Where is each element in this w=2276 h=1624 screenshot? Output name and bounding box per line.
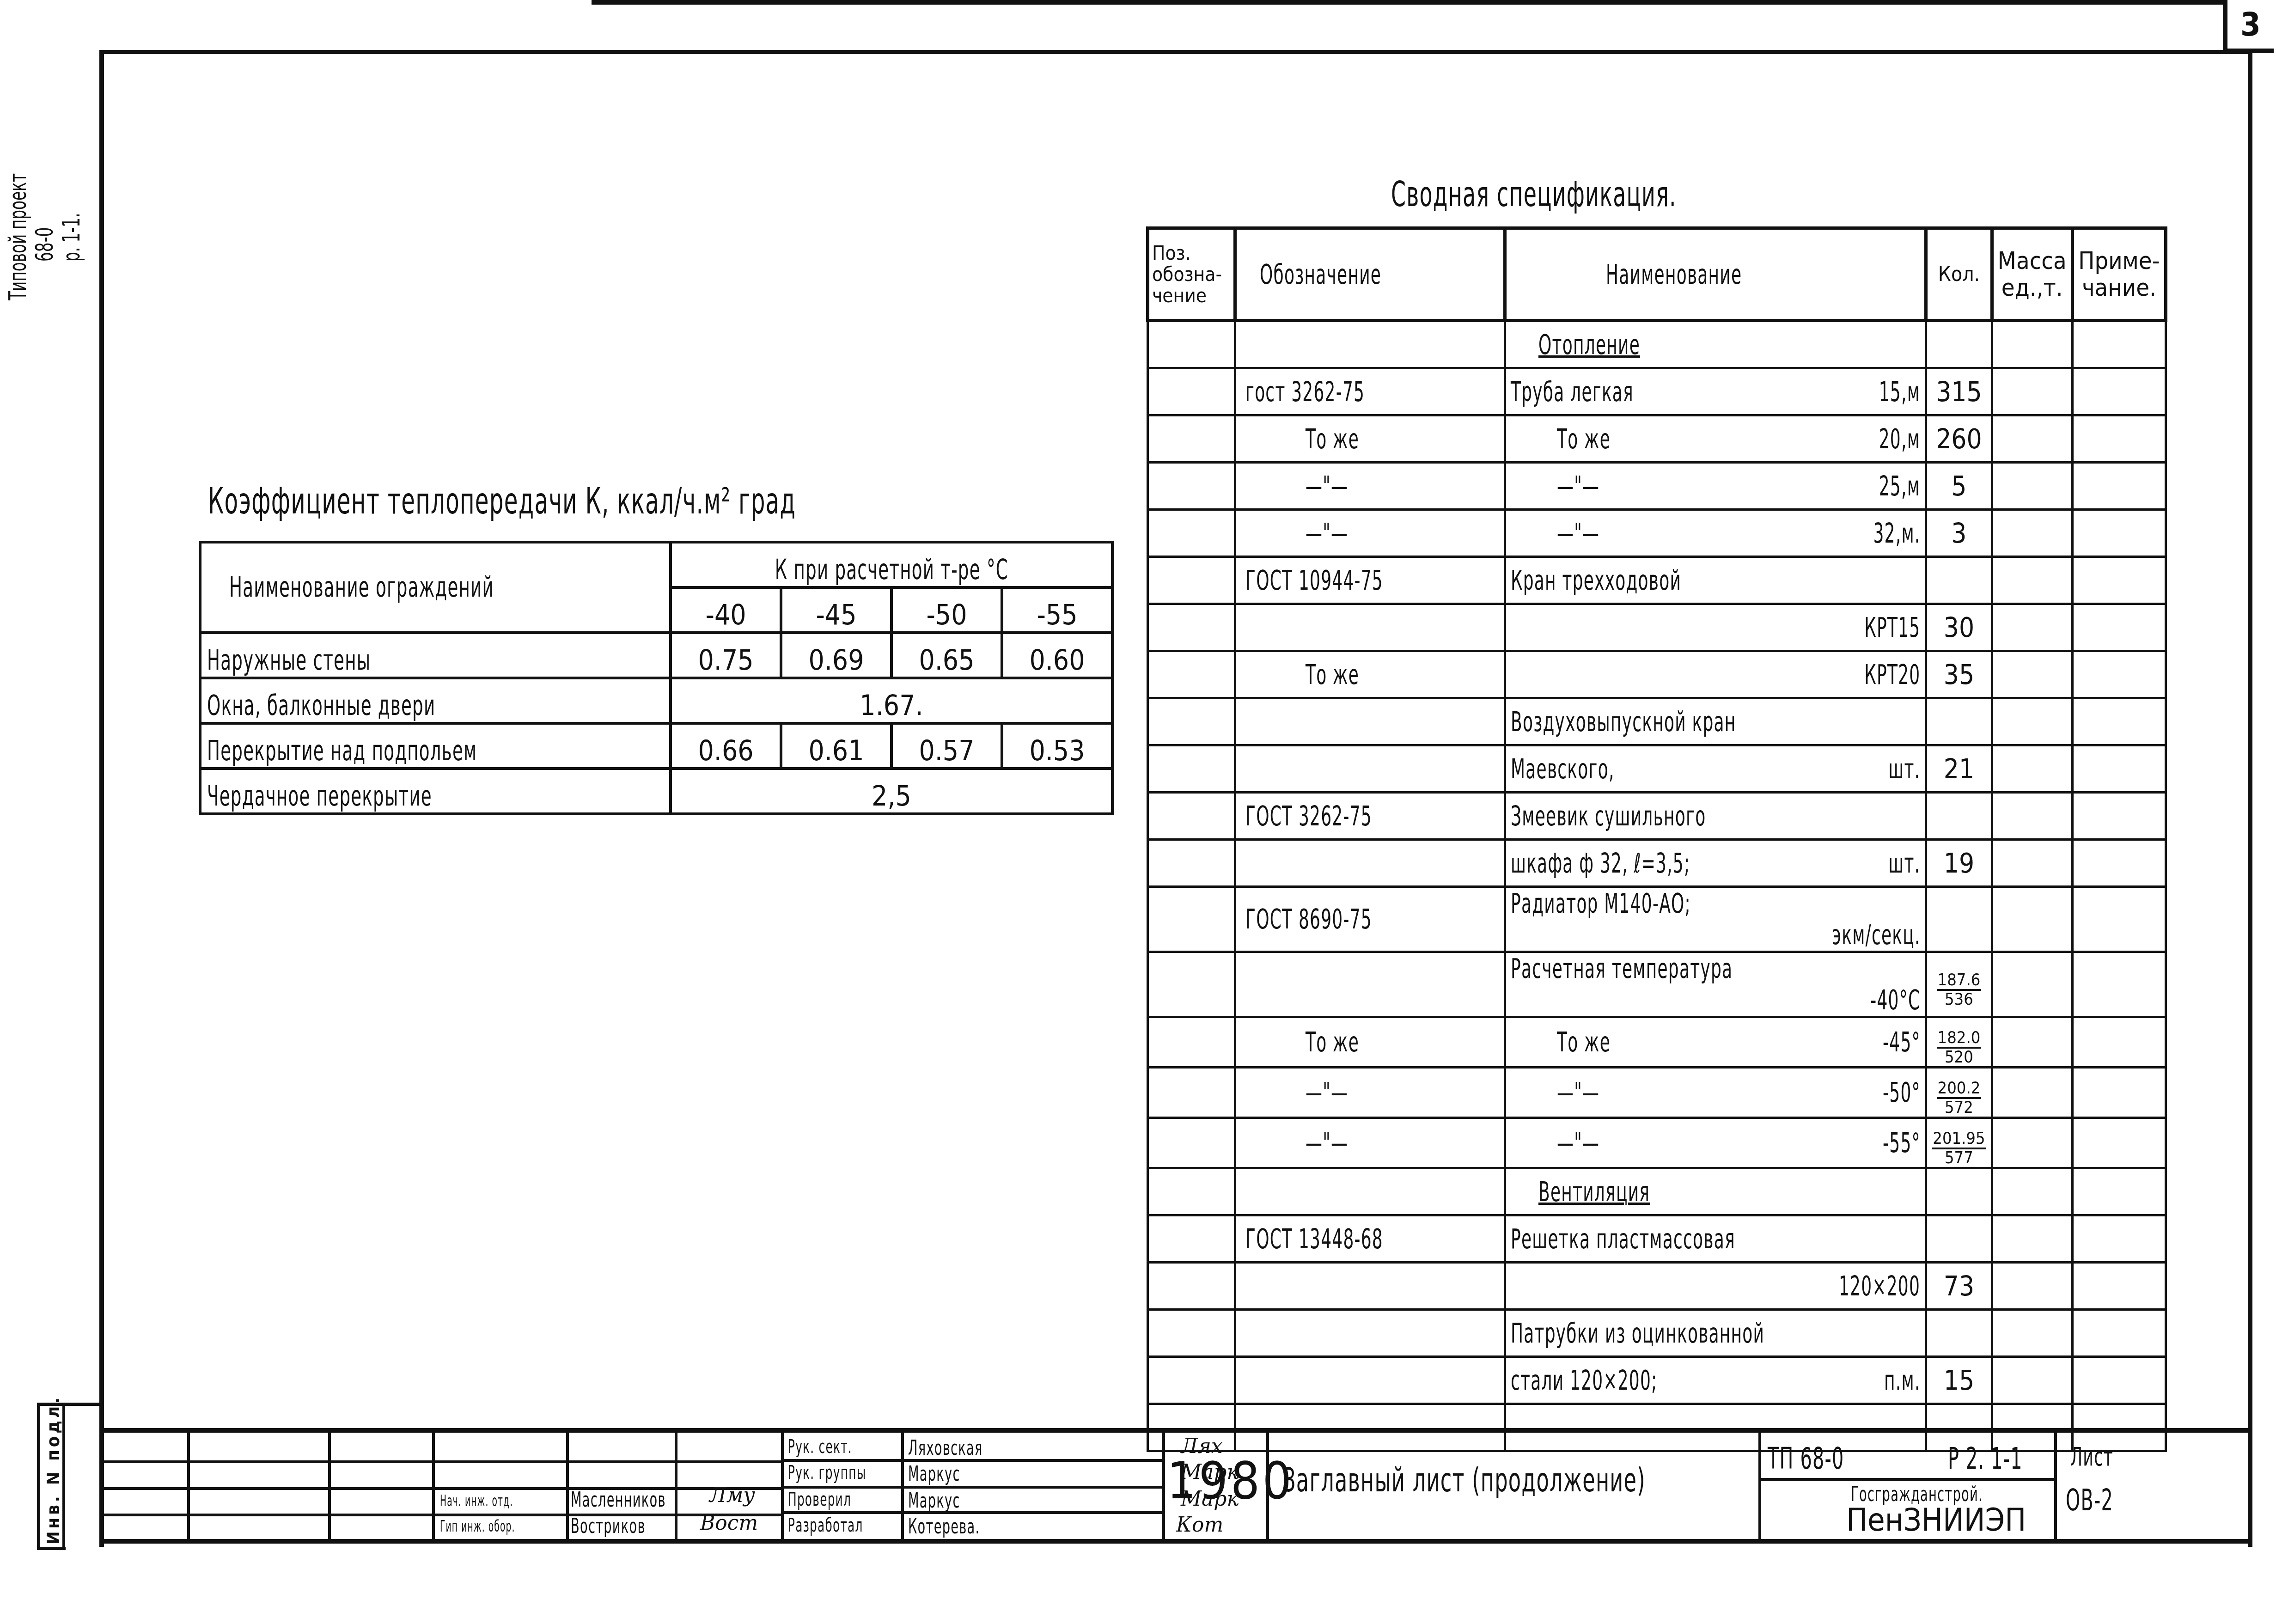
person-name: Маркус: [908, 1489, 992, 1513]
table-row: Наружные стены 0.75 0.69 0.65 0.60: [200, 633, 1112, 678]
mass-cell: [1992, 1310, 2072, 1357]
designation-cell: [1235, 745, 1505, 793]
pos-cell: [1148, 604, 1235, 651]
designation-cell: [1235, 698, 1505, 745]
table-row: ГОСТ 13448-68Решетка пластмассовая: [1148, 1215, 2166, 1263]
pos-cell: [1148, 1263, 1235, 1310]
header-qty: Кол.: [1926, 228, 1992, 321]
note-cell: [2072, 651, 2166, 698]
designation-cell: ГОСТ 8690-75: [1235, 887, 1505, 952]
spec-table: Поз. обозна-чение Обозначение Наименован…: [1146, 226, 2167, 1452]
sheet-label: Лист: [2070, 1442, 2140, 1472]
header-name: Наименование: [1505, 228, 1926, 321]
qty-cell: 182.0520: [1926, 1017, 1992, 1068]
table-row: Чердачное перекрытие 2,5: [200, 769, 1112, 814]
table-row: стали 120×200;п.м.15: [1148, 1357, 2166, 1404]
mass-cell: [1992, 887, 2072, 952]
mass-cell: [1992, 1357, 2072, 1404]
note-cell: [2072, 1357, 2166, 1404]
row-name: Перекрытие над подпольем: [200, 723, 671, 769]
mass-cell: [1992, 1215, 2072, 1263]
k-value: 0.65: [891, 633, 1002, 678]
table-row: Расчетная температура-40°С187.6536: [1148, 952, 2166, 1017]
qty-fraction: 182.0520: [1937, 1029, 1982, 1066]
qty-cell: 21: [1926, 745, 1992, 793]
designation-cell: То же: [1235, 415, 1505, 463]
org-bottom: ПенЗНИИЭП: [1846, 1502, 2026, 1539]
pos-cell: [1148, 557, 1235, 604]
note-cell: [2072, 887, 2166, 952]
k-value: 0.57: [891, 723, 1002, 769]
pos-cell: [1148, 793, 1235, 840]
note-cell: [2072, 745, 2166, 793]
name-cell: —"—32,м.: [1505, 510, 1926, 557]
name-cell: То же-45°: [1505, 1017, 1926, 1068]
table-row: Воздуховыпускной кран: [1148, 698, 2166, 745]
designation-cell: —"—: [1235, 463, 1505, 510]
mass-cell: [1992, 415, 2072, 463]
person-name: Маркус: [908, 1462, 992, 1486]
qty-cell: 201.95577: [1926, 1118, 1992, 1168]
table-row: шкафа ф 32, ℓ=3,5;шт.19: [1148, 840, 2166, 887]
signature: Вост: [700, 1511, 758, 1535]
qty-fraction: 200.2572: [1937, 1080, 1982, 1117]
qty-cell: 35: [1926, 651, 1992, 698]
qty-cell: 73: [1926, 1263, 1992, 1310]
vertical-project-stamp: Типовой проект 68-0 р. 1-1.: [5, 106, 102, 300]
role-label: Рук. сект.: [788, 1436, 891, 1458]
mass-cell: [1992, 321, 2072, 368]
name-cell: шкафа ф 32, ℓ=3,5;шт.: [1505, 840, 1926, 887]
designation-cell: гост 3262-75: [1235, 368, 1505, 415]
table-row: —"——"—-55°201.95577: [1148, 1118, 2166, 1168]
stamp-line-2: 68-0: [31, 165, 58, 300]
note-cell: [2072, 1017, 2166, 1068]
qty-cell: [1926, 698, 1992, 745]
mass-cell: [1992, 952, 2072, 1017]
qty-cell: [1926, 1215, 1992, 1263]
mass-cell: [1992, 840, 2072, 887]
title-block: Нач. инж. отд. Масленников Лму Гип инж. …: [99, 1428, 2248, 1544]
signature: Кот: [1176, 1513, 1223, 1537]
name-cell: КРТ20: [1505, 651, 1926, 698]
pos-cell: [1148, 368, 1235, 415]
note-cell: [2072, 952, 2166, 1017]
k-value: 0.60: [1002, 633, 1112, 678]
pos-cell: [1148, 1017, 1235, 1068]
name-cell: Кран трехходовой: [1505, 557, 1926, 604]
name-cell: Радиатор М140-АО;экм/секц.: [1505, 887, 1926, 952]
qty-cell: 15: [1926, 1357, 1992, 1404]
name-cell: Змеевик сушильного: [1505, 793, 1926, 840]
table-row: ГОСТ 3262-75Змеевик сушильного: [1148, 793, 2166, 840]
header-note: Приме-чание.: [2072, 228, 2166, 321]
table-row: —"——"—-50°200.2572: [1148, 1068, 2166, 1118]
note-cell: [2072, 1118, 2166, 1168]
note-cell: [2072, 368, 2166, 415]
table-row: То жеТо же20,м260: [1148, 415, 2166, 463]
note-cell: [2072, 415, 2166, 463]
pos-cell: [1148, 651, 1235, 698]
header-enclosure-name: Наименование ограждений: [200, 542, 671, 633]
pos-cell: [1148, 1310, 1235, 1357]
note-cell: [2072, 793, 2166, 840]
row-name: Окна, балконные двери: [200, 678, 671, 723]
pos-cell: [1148, 840, 1235, 887]
header-k-at-temp: К при расчетной т-ре °С: [671, 542, 1112, 587]
role-label: Нач. инж. отд.: [440, 1492, 573, 1510]
mass-cell: [1992, 698, 2072, 745]
mass-cell: [1992, 793, 2072, 840]
qty-cell: [1926, 1168, 1992, 1215]
k-value: 0.66: [671, 723, 781, 769]
table-row: гост 3262-75Труба легкая15,м315: [1148, 368, 2166, 415]
mass-cell: [1992, 1168, 2072, 1215]
temp-col: -45: [781, 587, 891, 633]
sheet-number-badge: 3: [2223, 0, 2274, 53]
qty-cell: 260: [1926, 415, 1992, 463]
table-row: Окна, балконные двери 1.67.: [200, 678, 1112, 723]
mass-cell: [1992, 368, 2072, 415]
qty-cell: [1926, 321, 1992, 368]
note-cell: [2072, 463, 2166, 510]
mass-cell: [1992, 1118, 2072, 1168]
frame-top-line: [592, 0, 2227, 5]
section-code: Р 2. 1-1: [1948, 1442, 2069, 1476]
pos-cell: [1148, 698, 1235, 745]
note-cell: [2072, 840, 2166, 887]
heat-transfer-table: Наименование ограждений К при расчетной …: [199, 541, 1114, 815]
section-row: Отопление: [1148, 321, 2166, 368]
qty-cell: [1926, 557, 1992, 604]
qty-cell: 315: [1926, 368, 1992, 415]
note-cell: [2072, 321, 2166, 368]
designation-cell: ГОСТ 13448-68: [1235, 1215, 1505, 1263]
stamp-line-3: р. 1-1.: [58, 165, 85, 300]
name-cell: То же20,м: [1505, 415, 1926, 463]
note-cell: [2072, 698, 2166, 745]
header-pos: Поз. обозна-чение: [1148, 228, 1235, 321]
mass-cell: [1992, 557, 2072, 604]
note-cell: [2072, 1068, 2166, 1118]
qty-cell: 30: [1926, 604, 1992, 651]
note-cell: [2072, 557, 2166, 604]
designation-cell: —"—: [1235, 1068, 1505, 1118]
pos-cell: [1148, 415, 1235, 463]
pos-cell: [1148, 1357, 1235, 1404]
designation-cell: ГОСТ 3262-75: [1235, 793, 1505, 840]
pos-cell: [1148, 745, 1235, 793]
role-label: Рук. группы: [788, 1462, 914, 1484]
person-name: Масленников: [571, 1488, 724, 1512]
name-cell: Вентиляция: [1505, 1168, 1926, 1215]
qty-cell: 3: [1926, 510, 1992, 557]
sheet-number: ОВ-2: [2066, 1484, 2142, 1518]
designation-cell: [1235, 1168, 1505, 1215]
pos-cell: [1148, 463, 1235, 510]
qty-cell: [1926, 793, 1992, 840]
qty-cell: 187.6536: [1926, 952, 1992, 1017]
note-cell: [2072, 1168, 2166, 1215]
signature: Лму: [709, 1484, 755, 1507]
inventory-strip-blank: [62, 1403, 102, 1547]
designation-cell: [1235, 952, 1505, 1017]
table-row: КРТ1530: [1148, 604, 2166, 651]
temp-col: -40: [671, 587, 781, 633]
designation-cell: То же: [1235, 1017, 1505, 1068]
pos-cell: [1148, 321, 1235, 368]
table-row: То жеКРТ2035: [1148, 651, 2166, 698]
person-name: Ляховская: [908, 1436, 1029, 1460]
pos-cell: [1148, 1215, 1235, 1263]
name-cell: Отопление: [1505, 321, 1926, 368]
header-mass: Масса ед.,т.: [1992, 228, 2072, 321]
name-cell: КРТ15: [1505, 604, 1926, 651]
pos-cell: [1148, 1168, 1235, 1215]
name-cell: Воздуховыпускной кран: [1505, 698, 1926, 745]
designation-cell: ГОСТ 10944-75: [1235, 557, 1505, 604]
qty-cell: 19: [1926, 840, 1992, 887]
pos-cell: [1148, 1068, 1235, 1118]
note-cell: [2072, 1310, 2166, 1357]
mass-cell: [1992, 651, 2072, 698]
k-value: 0.75: [671, 633, 781, 678]
name-cell: стали 120×200;п.м.: [1505, 1357, 1926, 1404]
qty-cell: [1926, 1310, 1992, 1357]
year: 1980: [1167, 1451, 1294, 1510]
spec-title: Сводная спецификация.: [1391, 175, 1677, 214]
name-cell: —"—25,м: [1505, 463, 1926, 510]
k-value-merged: 2,5: [671, 769, 1112, 814]
note-cell: [2072, 1215, 2166, 1263]
designation-cell: [1235, 1357, 1505, 1404]
name-cell: —"—-50°: [1505, 1068, 1926, 1118]
role-label: Гип инж. обор.: [440, 1517, 576, 1536]
temp-col: -55: [1002, 587, 1112, 633]
table-row: То жеТо же-45°182.0520: [1148, 1017, 2166, 1068]
qty-fraction: 201.95577: [1932, 1130, 1986, 1167]
name-cell: 120×200: [1505, 1263, 1926, 1310]
mass-cell: [1992, 463, 2072, 510]
row-name: Чердачное перекрытие: [200, 769, 671, 814]
mass-cell: [1992, 1017, 2072, 1068]
designation-cell: [1235, 604, 1505, 651]
table-row: Патрубки из оцинкованной: [1148, 1310, 2166, 1357]
note-cell: [2072, 1263, 2166, 1310]
mass-cell: [1992, 745, 2072, 793]
inventory-strip: Инв. N подл.: [37, 1403, 66, 1550]
table-row: —"——"—32,м.3: [1148, 510, 2166, 557]
table-row: —"——"—25,м5: [1148, 463, 2166, 510]
inventory-label: Инв. N подл.: [43, 1395, 63, 1545]
mass-cell: [1992, 604, 2072, 651]
table-row: ГОСТ 10944-75Кран трехходовой: [1148, 557, 2166, 604]
title-block-grid: Нач. инж. отд. Масленников Лму Гип инж. …: [99, 1428, 2248, 1544]
pos-cell: [1148, 1118, 1235, 1168]
name-cell: Решетка пластмассовая: [1505, 1215, 1926, 1263]
pos-cell: [1148, 510, 1235, 557]
qty-cell: [1926, 887, 1992, 952]
mass-cell: [1992, 1263, 2072, 1310]
temp-col: -50: [891, 587, 1002, 633]
section-row: Вентиляция: [1148, 1168, 2166, 1215]
table-row: Маевского,шт.21: [1148, 745, 2166, 793]
name-cell: Труба легкая15,м: [1505, 368, 1926, 415]
qty-cell: 200.2572: [1926, 1068, 1992, 1118]
k-value: 0.69: [781, 633, 891, 678]
table-row: Перекрытие над подпольем 0.66 0.61 0.57 …: [200, 723, 1112, 769]
name-cell: Маевского,шт.: [1505, 745, 1926, 793]
table-row: ГОСТ 8690-75Радиатор М140-АО;экм/секц.: [1148, 887, 2166, 952]
designation-cell: —"—: [1235, 1118, 1505, 1168]
designation-cell: —"—: [1235, 510, 1505, 557]
designation-cell: [1235, 840, 1505, 887]
pos-cell: [1148, 887, 1235, 952]
stamp-line-1: Типовой проект: [5, 165, 31, 300]
role-label: Проверил: [788, 1489, 890, 1510]
pos-cell: [1148, 952, 1235, 1017]
project-code: ТП 68-0: [1768, 1442, 1891, 1476]
note-cell: [2072, 604, 2166, 651]
name-cell: Патрубки из оцинкованной: [1505, 1310, 1926, 1357]
person-name: Востриков: [571, 1514, 691, 1538]
qty-fraction: 187.6536: [1937, 971, 1982, 1008]
person-name: Котерева.: [908, 1515, 1024, 1539]
name-cell: —"—-55°: [1505, 1118, 1926, 1168]
designation-cell: [1235, 1310, 1505, 1357]
k-value-merged: 1.67.: [671, 678, 1112, 723]
k-value: 0.61: [781, 723, 891, 769]
note-cell: [2072, 510, 2166, 557]
name-cell: Расчетная температура-40°С: [1505, 952, 1926, 1017]
header-designation: Обозначение: [1235, 228, 1505, 321]
row-name: Наружные стены: [200, 633, 671, 678]
mass-cell: [1992, 510, 2072, 557]
table-row: 120×20073: [1148, 1263, 2166, 1310]
k-value: 0.53: [1002, 723, 1112, 769]
role-label: Разработал: [788, 1515, 909, 1536]
heat-transfer-title: Коэффициент теплопередачи К, ккал/ч.м² г…: [208, 481, 796, 522]
designation-cell: То же: [1235, 651, 1505, 698]
designation-cell: [1235, 321, 1505, 368]
qty-cell: 5: [1926, 463, 1992, 510]
mass-cell: [1992, 1068, 2072, 1118]
designation-cell: [1235, 1263, 1505, 1310]
